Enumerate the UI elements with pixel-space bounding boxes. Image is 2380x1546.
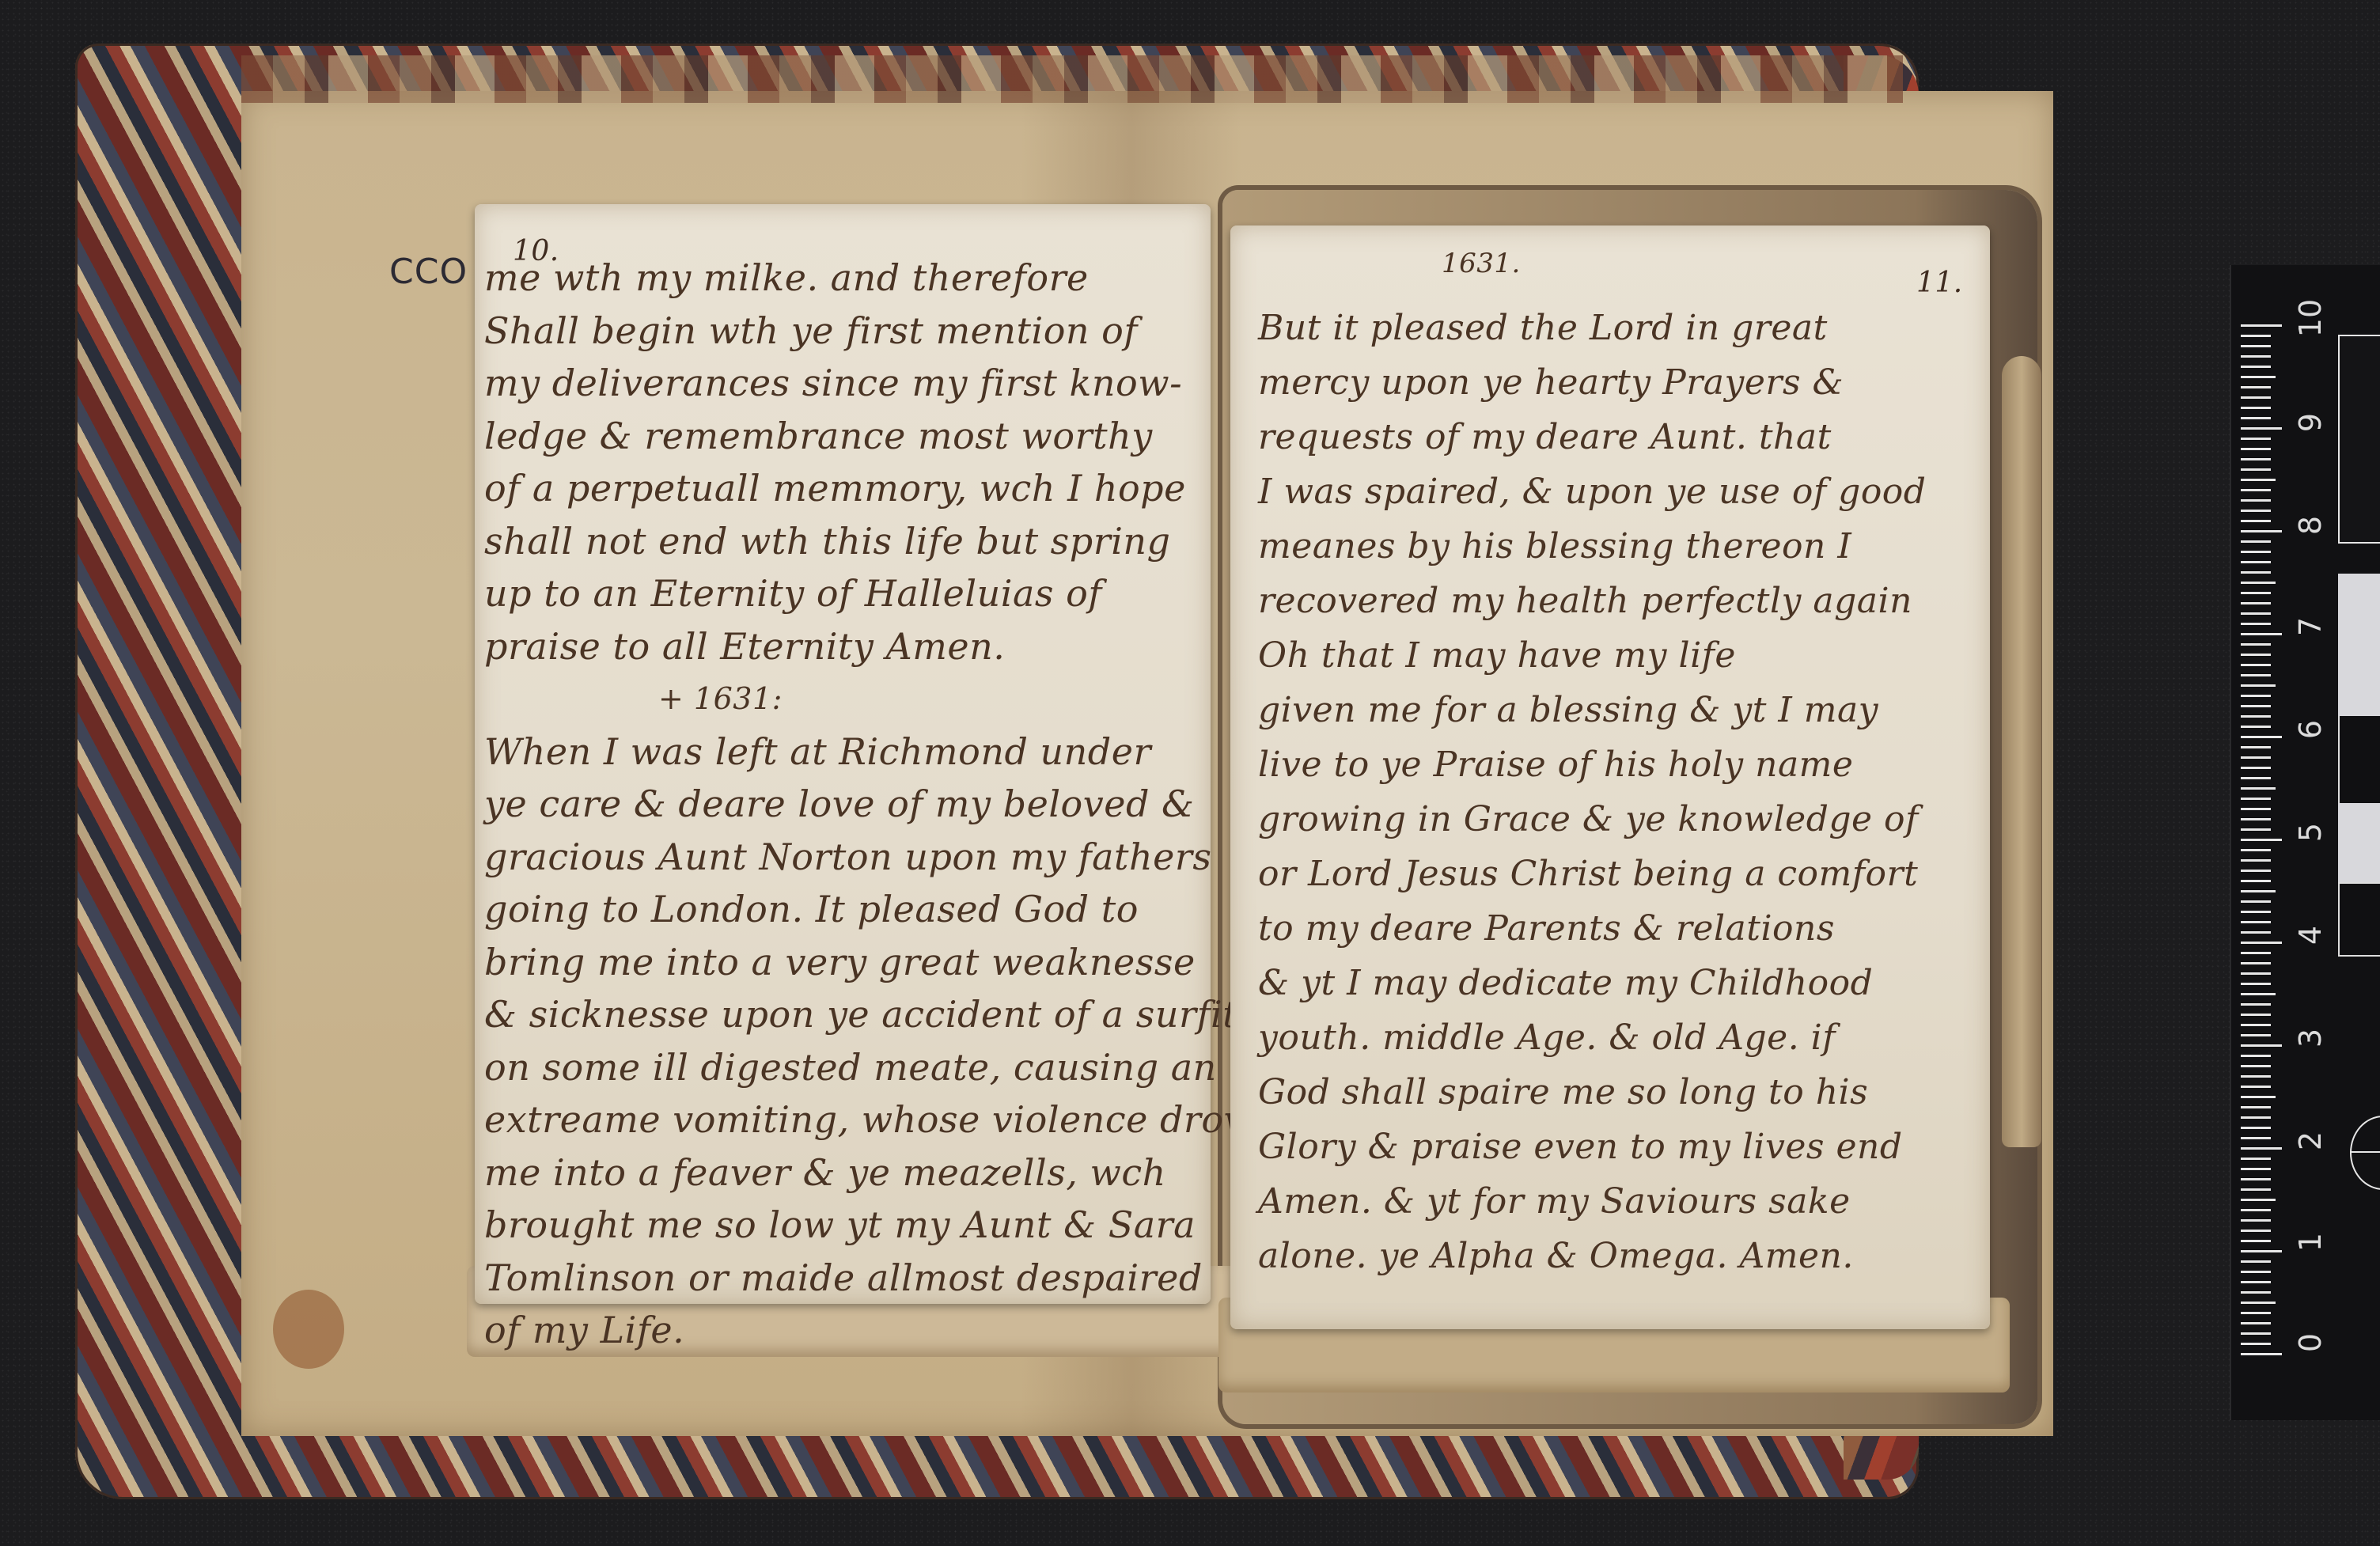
scale-tick xyxy=(2241,900,2271,903)
scale-tick xyxy=(2241,1158,2271,1160)
scale-label-7: 7 xyxy=(2293,607,2328,646)
text-line: Shall begin wth ye first mention of xyxy=(484,305,1267,358)
scale-tick xyxy=(2241,890,2276,892)
scale-label-9: 9 xyxy=(2293,403,2328,442)
text-line: on some ill digested meate, causing an xyxy=(484,1041,1267,1094)
scale-tick xyxy=(2241,448,2271,450)
scale-label-3: 3 xyxy=(2293,1018,2328,1058)
scale-tick xyxy=(2241,1322,2271,1324)
scale-tick xyxy=(2241,510,2271,512)
scale-tick xyxy=(2241,993,2276,995)
scale-tick xyxy=(2241,859,2271,862)
right-page-text: But it pleased the Lord in great mercy u… xyxy=(1258,301,1926,1283)
scale-tick xyxy=(2241,1137,2271,1139)
scale-tick xyxy=(2241,1230,2271,1232)
scale-tick xyxy=(2241,489,2271,491)
gray-patch-dark xyxy=(2338,335,2380,544)
scale-tick xyxy=(2241,438,2271,440)
scale-tick xyxy=(2241,654,2271,656)
text-line: meanes by his blessing thereon I xyxy=(1258,519,1926,574)
scale-tick xyxy=(2241,1044,2282,1047)
scale-tick xyxy=(2241,962,2271,964)
text-line: Amen. & yt for my Saviours sake xyxy=(1258,1174,1926,1229)
scale-tick xyxy=(2241,468,2271,471)
scale-tick xyxy=(2241,1178,2271,1180)
scale-tick xyxy=(2241,458,2271,460)
scale-tick xyxy=(2241,1096,2276,1098)
text-line: me into a feaver & ye meazells, wch xyxy=(484,1146,1267,1199)
scale-tick xyxy=(2241,952,2271,954)
gray-patch-light xyxy=(2338,574,2380,716)
text-line: I was spaired, & upon ye use of good xyxy=(1258,464,1926,519)
scale-label-2: 2 xyxy=(2293,1121,2328,1161)
scale-label-6: 6 xyxy=(2293,710,2328,749)
scale-tick xyxy=(2241,1219,2271,1222)
scale-tick xyxy=(2241,1343,2271,1345)
text-line: Oh that I may have my life xyxy=(1258,628,1926,683)
scale-tick xyxy=(2241,798,2271,800)
scale-tick xyxy=(2241,849,2271,851)
scale-tick xyxy=(2241,828,2271,831)
scale-tick xyxy=(2241,1332,2271,1335)
text-line: God shall spaire me so long to his xyxy=(1258,1065,1926,1120)
text-line: alone. ye Alpha & Omega. Amen. xyxy=(1258,1229,1926,1283)
text-line: brought me so low yt my Aunt & Sara xyxy=(484,1199,1267,1252)
scale-tick xyxy=(2241,921,2271,923)
scale-tick xyxy=(2241,1106,2271,1108)
scale-tick xyxy=(2241,972,2271,975)
scale-tick xyxy=(2241,582,2276,584)
scale-tick xyxy=(2241,839,2282,841)
text-line: extreame vomiting, whose violence drove xyxy=(484,1093,1267,1146)
scale-tick xyxy=(2241,499,2271,502)
text-line: mercy upon ye hearty Prayers & xyxy=(1258,355,1926,410)
text-line: requests of my deare Aunt. that xyxy=(1258,410,1926,464)
scale-tick xyxy=(2241,767,2271,769)
text-line: ledge & remembrance most worthy xyxy=(484,410,1267,463)
scale-tick xyxy=(2241,664,2271,666)
scale-label-8: 8 xyxy=(2293,506,2328,545)
text-line: shall not end wth this life but spring xyxy=(484,515,1267,568)
scale-label-5: 5 xyxy=(2293,813,2328,852)
scale-tick xyxy=(2241,643,2271,646)
text-line: & yt I may dedicate my Childhood xyxy=(1258,956,1926,1010)
scale-tick xyxy=(2241,366,2271,368)
scale-tick xyxy=(2241,1065,2271,1067)
scale-tick xyxy=(2241,407,2271,409)
text-line: recovered my health perfectly again xyxy=(1258,574,1926,628)
text-line: to my deare Parents & relations xyxy=(1258,901,1926,956)
scale-tick xyxy=(2241,1353,2282,1355)
date-heading: + 1631: xyxy=(484,673,1267,726)
right-date-heading: 1631. xyxy=(1442,237,1521,290)
scale-tick xyxy=(2241,1147,2282,1150)
scale-tick xyxy=(2241,695,2271,697)
scale-tick xyxy=(2241,684,2276,687)
scale-tick xyxy=(2241,1250,2282,1252)
scale-tick xyxy=(2241,427,2282,430)
scale-tick xyxy=(2241,623,2271,625)
scale-tick xyxy=(2241,540,2271,543)
scale-tick xyxy=(2241,551,2271,553)
text-line: When I was left at Richmond under xyxy=(484,726,1267,779)
scale-tick xyxy=(2241,942,2282,944)
scale-tick xyxy=(2241,736,2282,738)
scale-tick xyxy=(2241,1127,2271,1129)
scale-tick xyxy=(2241,1014,2271,1016)
scale-label-10: 10 xyxy=(2293,298,2328,338)
scale-tick xyxy=(2241,1240,2271,1242)
scale-label-1: 1 xyxy=(2293,1222,2328,1262)
scale-tick xyxy=(2241,1199,2276,1201)
scale-tick xyxy=(2241,345,2271,347)
text-line: Tomlinson or maide allmost despaired xyxy=(484,1252,1267,1305)
water-stain xyxy=(273,1290,344,1369)
scale-tick xyxy=(2241,870,2271,872)
scale-tick xyxy=(2241,376,2276,378)
scale-tick xyxy=(2241,520,2271,522)
scale-tick xyxy=(2241,1168,2271,1170)
scale-tick xyxy=(2241,530,2282,532)
scale-tick xyxy=(2241,1188,2271,1191)
text-line: Glory & praise even to my lives end xyxy=(1258,1120,1926,1174)
scale-tick xyxy=(2241,386,2271,388)
scale-tick xyxy=(2241,417,2271,419)
scale-tick xyxy=(2241,674,2271,676)
scale-tick xyxy=(2241,1271,2271,1273)
text-line: bring me into a very great weaknesse xyxy=(484,936,1267,989)
scale-tick xyxy=(2241,1302,2276,1304)
scale-tick xyxy=(2241,787,2276,790)
scale-tick xyxy=(2241,1086,2271,1088)
text-line: my deliverances since my first know- xyxy=(484,357,1267,410)
shelfmark-label: CCO xyxy=(389,252,468,292)
scale-tick xyxy=(2241,1034,2271,1036)
scale-tick xyxy=(2241,1024,2271,1026)
scale-tick xyxy=(2241,1055,2271,1057)
scale-tick xyxy=(2241,983,2271,985)
scale-tick xyxy=(2241,1260,2271,1263)
scale-tick xyxy=(2241,335,2271,337)
scale-label-4: 4 xyxy=(2293,915,2328,955)
text-line: gracious Aunt Norton upon my fathers xyxy=(484,831,1267,884)
scale-tick xyxy=(2241,561,2271,563)
text-line: or Lord Jesus Christ being a comfort xyxy=(1258,847,1926,901)
scale-tick xyxy=(2241,818,2271,820)
scale-tick xyxy=(2241,911,2271,913)
scale-tick xyxy=(2241,1116,2271,1119)
scale-tick xyxy=(2241,746,2271,748)
text-line: live to ye Praise of his holy name xyxy=(1258,737,1926,792)
text-line: But it pleased the Lord in great xyxy=(1258,301,1926,355)
scale-tick xyxy=(2241,396,2271,399)
scale-tick xyxy=(2241,479,2276,481)
scale-tick xyxy=(2241,756,2271,759)
text-line: growing in Grace & ye knowledge of xyxy=(1258,792,1926,847)
text-line: up to an Eternity of Halleluias of xyxy=(484,567,1267,620)
left-page-text: me wth my milke. and therefore Shall beg… xyxy=(484,252,1267,1357)
text-line: me wth my milke. and therefore xyxy=(484,252,1267,305)
text-line: of a perpetuall memmory, wch I hope xyxy=(484,462,1267,515)
text-line: ye care & deare love of my beloved & xyxy=(484,778,1267,831)
scale-tick xyxy=(2241,571,2271,574)
text-line: praise to all Eternity Amen. xyxy=(484,620,1267,673)
scale-tick xyxy=(2241,1291,2271,1294)
gray-patch-light-2 xyxy=(2338,803,2380,882)
text-line: youth. middle Age. & old Age. if xyxy=(1258,1010,1926,1065)
text-line: & sicknesse upon ye accident of a surfit xyxy=(484,988,1267,1041)
text-line: going to London. It pleased God to xyxy=(484,883,1267,936)
text-line: given me for a blessing & yt I may xyxy=(1258,683,1926,737)
scale-tick xyxy=(2241,1209,2271,1211)
text-line: of my Life. xyxy=(484,1304,1267,1357)
registration-target-crosshair xyxy=(2350,1151,2380,1153)
scale-tick xyxy=(2241,612,2271,615)
folded-leaf-tab xyxy=(2002,356,2041,1147)
scale-tick xyxy=(2241,633,2282,635)
scale-tick xyxy=(2241,931,2271,934)
scale-tick xyxy=(2241,1075,2271,1078)
scale-tick xyxy=(2241,1281,2271,1283)
scale-ticks xyxy=(2241,301,2288,1369)
scale-tick xyxy=(2241,1312,2271,1314)
scale-tick xyxy=(2241,726,2271,728)
gray-patch-black xyxy=(2338,716,2380,803)
scale-label-0: 0 xyxy=(2293,1323,2328,1362)
scale-tick xyxy=(2241,880,2271,882)
scale-tick xyxy=(2241,808,2271,810)
scale-tick xyxy=(2241,777,2271,779)
scale-tick xyxy=(2241,715,2271,718)
scale-tick xyxy=(2241,602,2271,604)
gray-patch-black-2 xyxy=(2338,882,2380,957)
scale-tick xyxy=(2241,592,2271,594)
scale-tick xyxy=(2241,355,2271,358)
scale-tick xyxy=(2241,705,2271,707)
scale-tick xyxy=(2241,1003,2271,1006)
scale-tick xyxy=(2241,324,2282,327)
